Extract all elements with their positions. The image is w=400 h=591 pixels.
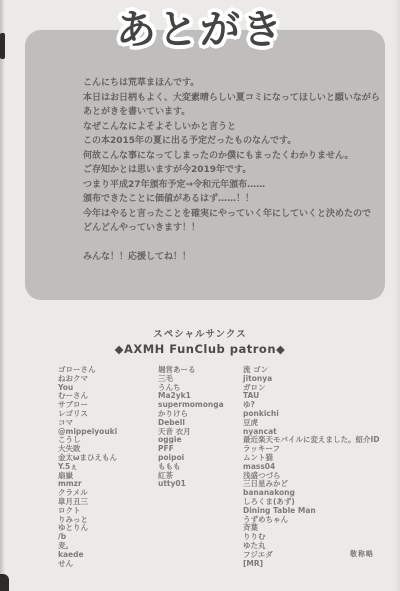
patron-subheading: ◆AXMH FunClub patron◆	[0, 342, 400, 356]
afterword-line: みんな！！応援してね！！	[83, 250, 375, 265]
patron-name: ガロン	[243, 384, 400, 393]
patron-name: ponkichi	[243, 410, 400, 419]
patron-name: jitonya	[243, 375, 400, 384]
patron-name: せん	[58, 560, 158, 569]
afterword-line: 頒布できたことに価値があるはず……！！	[83, 192, 375, 207]
afterword-text: こんにちは荒草まほんです。本日はお日柄もよく、大変素晴らしい夏コミになってほしい…	[83, 76, 375, 265]
keishoryaku-note: 敬称略	[350, 549, 374, 559]
patron-name: ゆとりん	[58, 524, 158, 533]
scan-artifact	[0, 574, 9, 591]
patron-name: レゴリス	[58, 410, 158, 419]
patron-name: 斉葉	[243, 524, 400, 533]
afterword-line: 今年はやると言ったことを確実にやっていく年にしていくと決めたので	[83, 207, 375, 222]
patron-name: TAU	[243, 392, 400, 401]
afterword-line: つまり平成27年頒布予定→令和元年頒布……	[83, 178, 375, 193]
patron-name: りりむ	[243, 533, 400, 542]
page-title: あとがき	[0, 0, 400, 55]
patron-name: /b	[58, 533, 158, 542]
afterword-line: この本2015年の夏に出る予定だったものなんです。	[83, 134, 375, 149]
afterword-line: 何故こんな事になってしまったのか僕にもまったくわかりません。	[83, 149, 375, 164]
patron-name-columns: ゴローさんねおクマYouむーさんサブローレゴリスコマ@mippeiyoukiこう…	[58, 366, 400, 568]
patron-name: Y.5ぇ	[58, 463, 158, 472]
patron-name: うずめちゃん	[243, 516, 400, 525]
patron-name: utty01	[158, 480, 243, 489]
afterword-line: ご存知かとは思いますが今2019年です。	[83, 163, 375, 178]
patron-column-1: ゴローさんねおクマYouむーさんサブローレゴリスコマ@mippeiyoukiこう…	[58, 366, 158, 568]
special-thanks-heading: スペシャルサンクス	[0, 326, 400, 340]
afterword-line: こんにちは荒草まほんです。	[83, 76, 375, 91]
patron-name: ねおクマ	[58, 375, 158, 384]
afterword-line: どんどんやっていきます！！	[83, 221, 375, 236]
special-thanks-section: スペシャルサンクス ◆AXMH FunClub patron◆ ゴローさんねおク…	[0, 326, 400, 568]
patron-column-3: 流 ゴンjitonyaガロンTAUゆ?ponkichi豆虎nyancat最近楽天…	[243, 366, 400, 568]
patron-name: kaede	[58, 551, 158, 560]
afterword-line: 本日はお日柄もよく、大変素晴らしい夏コミになってほしいと願いながら	[83, 91, 375, 106]
patron-name: [MR]	[243, 560, 400, 569]
patron-column-2: 堀営あーる三毛うんちMa2yk1supermomongaかりけらDebell天音…	[158, 366, 243, 489]
afterword-line	[83, 236, 375, 251]
afterword-line: あとがきを書いています。	[83, 105, 375, 120]
afterword-page: あとがき こんにちは荒草まほんです。本日はお日柄もよく、大変素晴らしい夏コミにな…	[0, 0, 400, 591]
afterword-line: なぜこんなによそよそしいかと言うと	[83, 120, 375, 135]
patron-name: フジエダ	[243, 551, 400, 560]
afterword-box: こんにちは荒草まほんです。本日はお日柄もよく、大変素晴らしい夏コミになってほしい…	[25, 30, 385, 300]
